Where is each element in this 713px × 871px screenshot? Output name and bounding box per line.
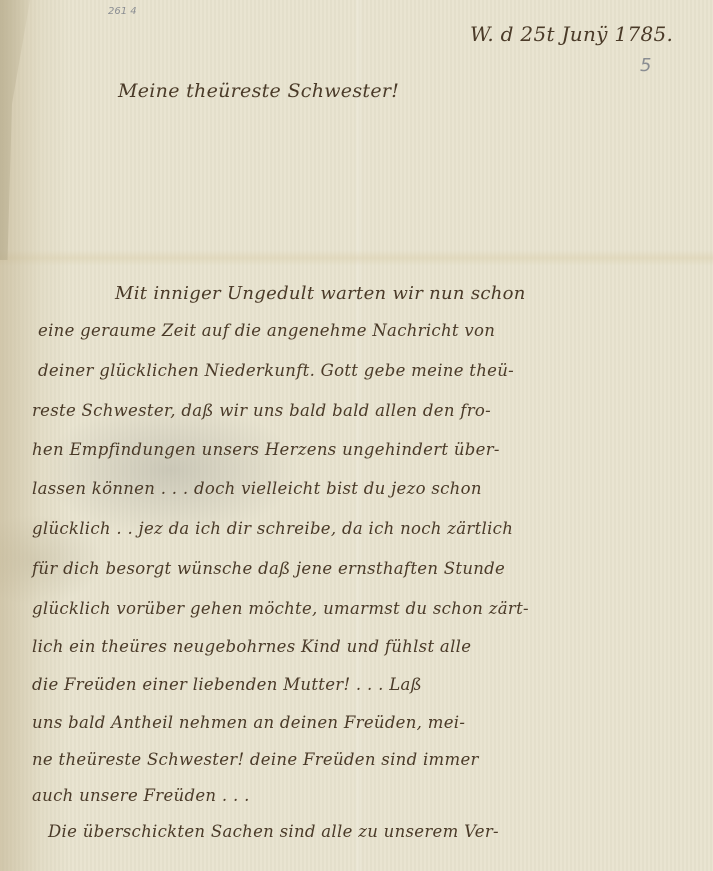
body-line: reste Schwester, daß wir uns bald bald a… [32, 401, 491, 420]
date-line: W. d 25t Junÿ 1785. [470, 22, 673, 46]
body-line: eine geraume Zeit auf die angenehme Nach… [38, 321, 495, 340]
body-line: Die überschickten Sachen sind alle zu un… [48, 822, 499, 841]
letter-page: 261 4 5 W. d 25t Junÿ 1785. Meine theüre… [0, 0, 713, 871]
page-number: 5 [640, 55, 651, 76]
body-line: lich ein theüres neugebohrnes Kind und f… [32, 637, 471, 656]
body-line: uns bald Antheil nehmen an deinen Freüde… [32, 713, 465, 732]
body-line: die Freüden einer liebenden Mutter! . . … [32, 675, 422, 694]
body-line: glücklich vorüber gehen möchte, umarmst … [32, 599, 529, 618]
salutation: Meine theüreste Schwester! [118, 80, 399, 102]
body-line: lassen können . . . doch vielleicht bist… [32, 479, 482, 498]
body-line: glücklich . . jez da ich dir schreibe, d… [32, 519, 513, 538]
body-line: für dich besorgt wünsche daß jene ernsth… [32, 559, 505, 578]
body-line: auch unsere Freüden . . . [32, 786, 250, 805]
body-line: hen Empfindungen unsers Herzens ungehind… [32, 440, 500, 459]
torn-edge [0, 0, 30, 260]
body-line: Mit inniger Ungedult warten wir nun scho… [115, 283, 526, 304]
body-line: ne theüreste Schwester! deine Freüden si… [32, 750, 479, 769]
body-line: deiner glücklichen Niederkunft. Gott geb… [38, 361, 514, 380]
archive-mark: 261 4 [108, 6, 137, 17]
